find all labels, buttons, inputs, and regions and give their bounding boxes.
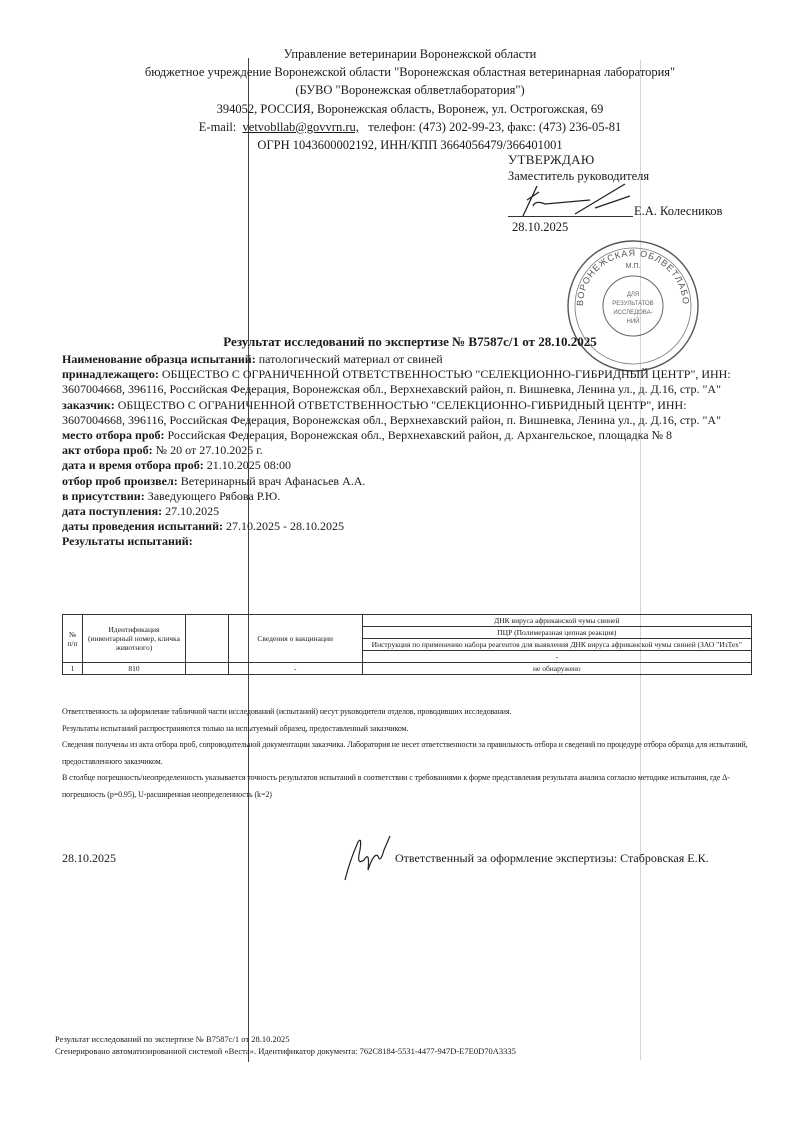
header-org-full: бюджетное учреждение Воронежской области… [80,63,740,81]
field-label: в присутствии: [62,489,145,503]
header-method: ПЦР (Полимеразная цепная реакция) [362,627,751,639]
cell-identification: 810 [82,663,185,675]
signature-line [508,216,633,217]
approval-title: УТВЕРЖДАЮ [508,152,649,168]
header-num: № п/п [63,615,83,663]
email-label: E-mail: [199,120,237,134]
field-sampled-by: отбор проб произвел: Ветеринарный врач А… [62,474,752,489]
field-value: 21.10.2025 08:00 [204,458,291,472]
field-label: заказчик: [62,398,115,412]
field-label: Результаты испытаний: [62,534,193,548]
table-row: 1 810 - не обнаружено [63,663,752,675]
header-org-short: (БУВО "Воронежская облветлаборатория") [80,81,740,99]
header-authority: Управление ветеринарии Воронежской облас… [80,45,740,63]
field-value: Российская Федерация, Воронежская обл., … [165,428,673,442]
field-owner: принадлежащего: ОБЩЕСТВО С ОГРАНИЧЕННОЙ … [62,367,752,397]
note-uncertainty: В столбце погрешность/неопределенность у… [62,770,762,803]
field-testing-dates: даты проведения испытаний: 27.10.2025 - … [62,519,752,534]
field-label: дата поступления: [62,504,162,518]
cell-result: не обнаружено [362,663,751,675]
header-uncertainty: - [362,651,751,663]
approver-signature-icon [505,178,635,218]
field-label: дата и время отбора проб: [62,458,204,472]
document-footer: Результат исследований по экспертизе № В… [55,1033,516,1057]
header-address: 394052, РОССИЯ, Воронежская область, Вор… [80,100,740,118]
footer-reference: Результат исследований по экспертизе № В… [55,1033,516,1045]
footer-generated: Сгенерировано автоматизированной системо… [55,1045,516,1057]
field-value: ОБЩЕСТВО С ОГРАНИЧЕННОЙ ОТВЕТСТВЕННОСТЬЮ… [62,367,731,396]
field-label: акт отбора проб: [62,443,153,457]
header-normative: Инструкция по применению набора реагенто… [362,639,751,651]
svg-text:РЕЗУЛЬТАТОВ: РЕЗУЛЬТАТОВ [612,301,653,307]
responsible-signature-icon [340,830,395,885]
header-blank [185,615,228,663]
field-value: ОБЩЕСТВО С ОГРАНИЧЕННОЙ ОТВЕТСТВЕННОСТЬЮ… [62,398,721,427]
svg-text:НИЙ: НИЙ [627,317,640,325]
notes-block: Ответственность за оформление табличной … [62,704,762,803]
cell-vaccination: - [228,663,362,675]
header-contacts: E-mail: vetvobllab@govvrn.ru, телефон: (… [80,118,740,136]
approver-name: Е.А. Колесников [634,204,722,219]
signoff-date: 28.10.2025 [62,851,116,866]
field-label: Наименование образца испытаний: [62,352,256,366]
field-sampling-place: место отбора проб: Российская Федерация,… [62,428,752,443]
field-sample-name: Наименование образца испытаний: патологи… [62,352,752,367]
cell-blank [185,663,228,675]
header-indicator: ДНК вируса африканской чумы свиней [362,615,751,627]
field-received-date: дата поступления: 27.10.2025 [62,504,752,519]
phone-fax: телефон: (473) 202-99-23, факс: (473) 23… [368,120,621,134]
field-value: Заведующего Рябова Р.Ю. [145,489,281,503]
field-value: 27.10.2025 - 28.10.2025 [223,519,344,533]
approval-date: 28.10.2025 [512,220,568,235]
field-customer: заказчик: ОБЩЕСТВО С ОГРАНИЧЕННОЙ ОТВЕТС… [62,398,752,428]
field-results-heading: Результаты испытаний: [62,534,752,549]
field-value: патологический материал от свиней [256,352,443,366]
results-table: № п/п Идентификация (инвентарный номер, … [62,614,752,675]
field-in-presence: в присутствии: Заведующего Рябова Р.Ю. [62,489,752,504]
document-title: Результат исследований по экспертизе № В… [60,334,760,350]
svg-text:М.П.: М.П. [626,263,641,270]
field-value: Ветеринарный врач Афанасьев А.А. [178,474,366,488]
scan-artifact-line [248,58,249,1062]
responsible-person: Ответственный за оформление экспертизы: … [395,851,709,866]
svg-text:ДЛЯ: ДЛЯ [627,292,639,298]
field-value: № 20 от 27.10.2025 г. [153,443,263,457]
field-label: отбор проб произвел: [62,474,178,488]
svg-text:ИССЛЕДОВА-: ИССЛЕДОВА- [613,310,652,316]
email-link[interactable]: vetvobllab@govvrn.ru, [243,120,359,134]
cell-num: 1 [63,663,83,675]
field-label: даты проведения испытаний: [62,519,223,533]
field-label: принадлежащего: [62,367,159,381]
organization-header: Управление ветеринарии Воронежской облас… [80,45,740,154]
field-value: 27.10.2025 [162,504,219,518]
header-identification: Идентификация (инвентарный номер, кличка… [82,615,185,663]
note-scope: Результаты испытаний распространяются то… [62,721,762,738]
field-sampling-datetime: дата и время отбора проб: 21.10.2025 08:… [62,458,752,473]
note-responsibility: Ответственность за оформление табличной … [62,704,762,721]
note-sources: Сведения получены из акта отбора проб, с… [62,737,762,770]
field-label: место отбора проб: [62,428,165,442]
sample-details: Наименование образца испытаний: патологи… [62,352,752,550]
field-sampling-act: акт отбора проб: № 20 от 27.10.2025 г. [62,443,752,458]
header-vaccination: Сведения о вакцинации [228,615,362,663]
